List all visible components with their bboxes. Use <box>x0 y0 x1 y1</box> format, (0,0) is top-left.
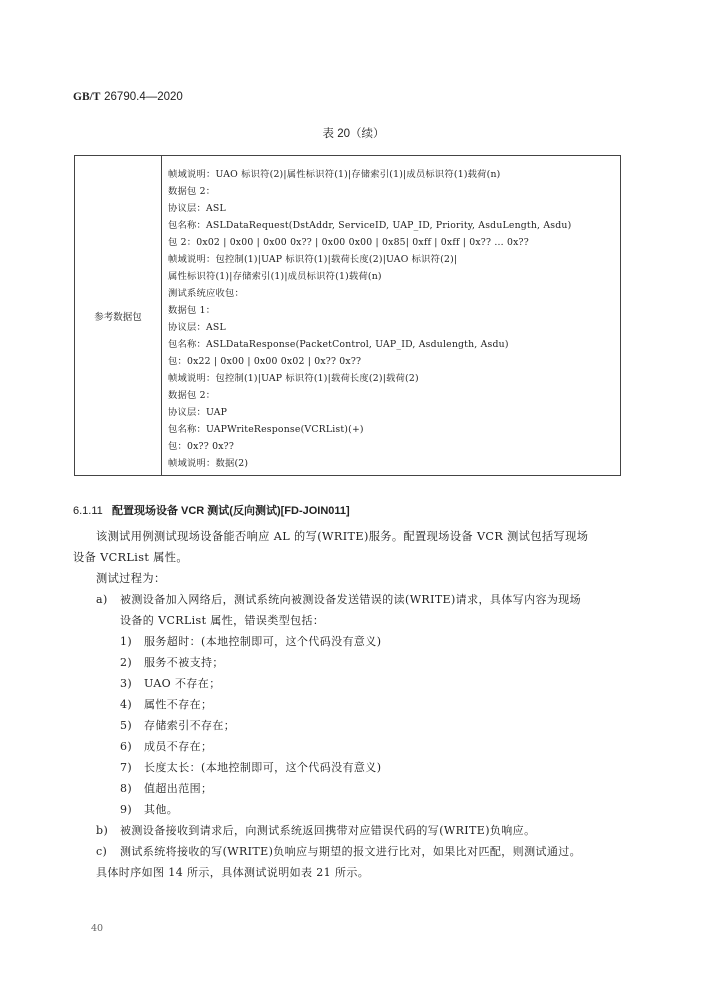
table-line: 帧域说明：包控制(1)|UAP 标识符(1)|载荷长度(2)|载荷(2) <box>168 370 614 387</box>
table-line: 包名称：ASLDataRequest(DstAddr, ServiceID, U… <box>168 217 614 234</box>
section-heading: 6.1.11 配置现场设备 VCR 测试(反向测试)[FD-JOIN011] <box>73 502 350 518</box>
document-header: GB/T 26790.4—2020 <box>73 89 183 103</box>
table-line: 帧域说明：UAO 标识符(2)|属性标识符(1)|存储索引(1)|成员标识符(1… <box>168 166 614 183</box>
table-line: 协议层：ASL <box>168 200 614 217</box>
error-type: 1)服务超时：(本地控制即可，这个代码没有意义) <box>120 632 381 652</box>
standard-prefix: GB/T <box>73 91 100 103</box>
step-marker: a) <box>96 590 120 610</box>
table-label-cell: 参考数据包 <box>75 156 162 475</box>
intro-paragraph: 该测试用例测试现场设备能否响应 AL 的写(WRITE)服务。配置现场设备 VC… <box>73 527 633 547</box>
reference-packet-table: 参考数据包 帧域说明：UAO 标识符(2)|属性标识符(1)|存储索引(1)|成… <box>74 155 621 476</box>
table-line: 协议层：UAP <box>168 404 614 421</box>
table-line: 协议层：ASL <box>168 319 614 336</box>
error-type: 8)值超出范围； <box>120 779 212 799</box>
table-line: 帧域说明：包控制(1)|UAP 标识符(1)|载荷长度(2)|UAO 标识符(2… <box>168 251 614 268</box>
step-c: c)测试系统将接收的写(WRITE)负响应与期望的报文进行比对，如果比对匹配，则… <box>96 842 581 862</box>
error-type: 2)服务不被支持； <box>120 653 224 673</box>
table-line: 包：0x22 | 0x00 | 0x00 0x02 | 0x?? 0x?? <box>168 353 614 370</box>
closing-sentence: 具体时序如图 14 所示，具体测试说明如表 21 所示。 <box>96 863 369 883</box>
table-line: 包名称：ASLDataResponse(PacketControl, UAP_I… <box>168 336 614 353</box>
step-a: a)被测设备加入网络后，测试系统向被测设备发送错误的读(WRITE)请求，具体写… <box>96 590 581 610</box>
row-label: 参考数据包 <box>75 309 161 323</box>
procedure-label: 测试过程为： <box>96 569 166 589</box>
table-line: 数据包 1： <box>168 302 614 319</box>
error-type: 4)属性不存在； <box>120 695 212 715</box>
step-b: b)被测设备接收到请求后，向测试系统返回携带对应错误代码的写(WRITE)负响应… <box>96 821 535 841</box>
intro-line-1: 该测试用例测试现场设备能否响应 AL 的写(WRITE)服务。配置现场设备 VC… <box>73 527 633 547</box>
table-line: 测试系统应收包： <box>168 285 614 302</box>
table-content-cell: 帧域说明：UAO 标识符(2)|属性标识符(1)|存储索引(1)|成员标识符(1… <box>168 166 614 472</box>
table-line: 数据包 2： <box>168 183 614 200</box>
table-line: 数据包 2： <box>168 387 614 404</box>
table-title: 表 20（续） <box>0 125 707 141</box>
standard-number: 26790.4—2020 <box>104 91 183 103</box>
error-type: 6)成员不存在； <box>120 737 212 757</box>
section-title: 配置现场设备 VCR 测试(反向测试)[FD-JOIN011] <box>112 505 350 517</box>
table-line: 包名称：UAPWriteResponse(VCRList)(+) <box>168 421 614 438</box>
step-a-continued: 设备的 VCRList 属性，错误类型包括： <box>120 611 324 631</box>
table-line: 包：0x?? 0x?? <box>168 438 614 455</box>
section-number: 6.1.11 <box>73 505 103 517</box>
error-type: 9)其他。 <box>120 800 178 820</box>
error-type: 7)长度太长：(本地控制即可，这个代码没有意义) <box>120 758 381 778</box>
table-line: 帧域说明：数据(2) <box>168 455 614 472</box>
error-type: 3)UAO 不存在； <box>120 674 221 694</box>
table-line: 属性标识符(1)|存储索引(1)|成员标识符(1)载荷(n) <box>168 268 614 285</box>
table-line: 包 2：0x02 | 0x00 | 0x00 0x?? | 0x00 0x00 … <box>168 234 614 251</box>
step-text: 被测设备加入网络后，测试系统向被测设备发送错误的读(WRITE)请求，具体写内容… <box>120 593 581 606</box>
page-number: 40 <box>91 923 103 934</box>
intro-line-2: 设备 VCRList 属性。 <box>73 548 188 568</box>
error-type: 5)存储索引不存在； <box>120 716 235 736</box>
